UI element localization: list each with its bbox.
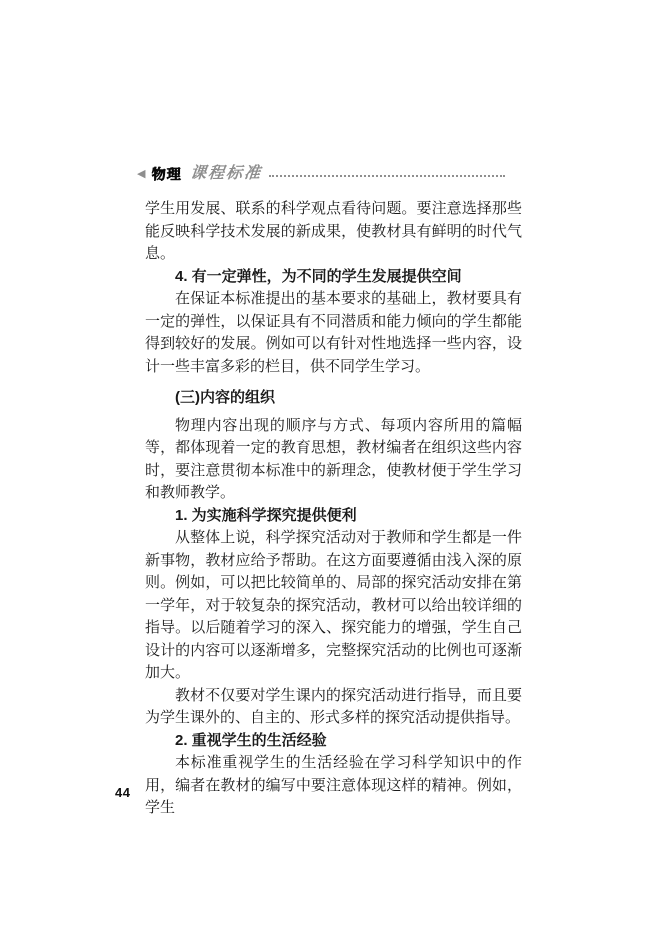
paragraph: 从整体上说，科学探究活动对于教师和学生都是一件新事物，教材应给予帮助。在这方面要…	[145, 527, 522, 685]
scanned-book-page: ◀ 物理 课程标准 学生用发展、联系的科学观点看待问题。要注意选择那些能反映科学…	[0, 0, 661, 935]
subheading-1-inquiry: 1. 为实施科学探究提供便利	[145, 505, 522, 528]
paragraph: 教材不仅要对学生课内的探究活动进行指导，而且要为学生课外的、自主的、形式多样的探…	[145, 685, 522, 730]
paragraph: 在保证本标准提出的基本要求的基础上，教材要具有一定的弹性，以保证具有不同潜质和能…	[145, 288, 522, 378]
page-number: 44	[115, 785, 130, 800]
subheading-4-elasticity: 4. 有一定弹性，为不同的学生发展提供空间	[145, 266, 522, 289]
page-body: 学生用发展、联系的科学观点看待问题。要注意选择那些能反映科学技术发展的新成果，使…	[145, 198, 522, 820]
left-triangle-icon: ◀	[137, 169, 145, 180]
running-header: ◀ 物理 课程标准	[137, 166, 505, 182]
paragraph-continuation: 学生用发展、联系的科学观点看待问题。要注意选择那些能反映科学技术发展的新成果，使…	[145, 198, 522, 266]
subheading-2-life-experience: 2. 重视学生的生活经验	[145, 730, 522, 753]
book-title: 物理	[151, 167, 181, 181]
paragraph: 本标准重视学生的生活经验在学习科学知识中的作用，编者在教材的编写中要注意体现这样…	[145, 752, 522, 820]
section-heading-content-organization: (三)内容的组织	[145, 387, 522, 410]
series-title: 课程标准	[190, 166, 264, 182]
paragraph: 物理内容出现的顺序与方式、每项内容所用的篇幅等，都体现着一定的教育思想，教材编者…	[145, 415, 522, 505]
dotted-rule	[269, 175, 505, 177]
